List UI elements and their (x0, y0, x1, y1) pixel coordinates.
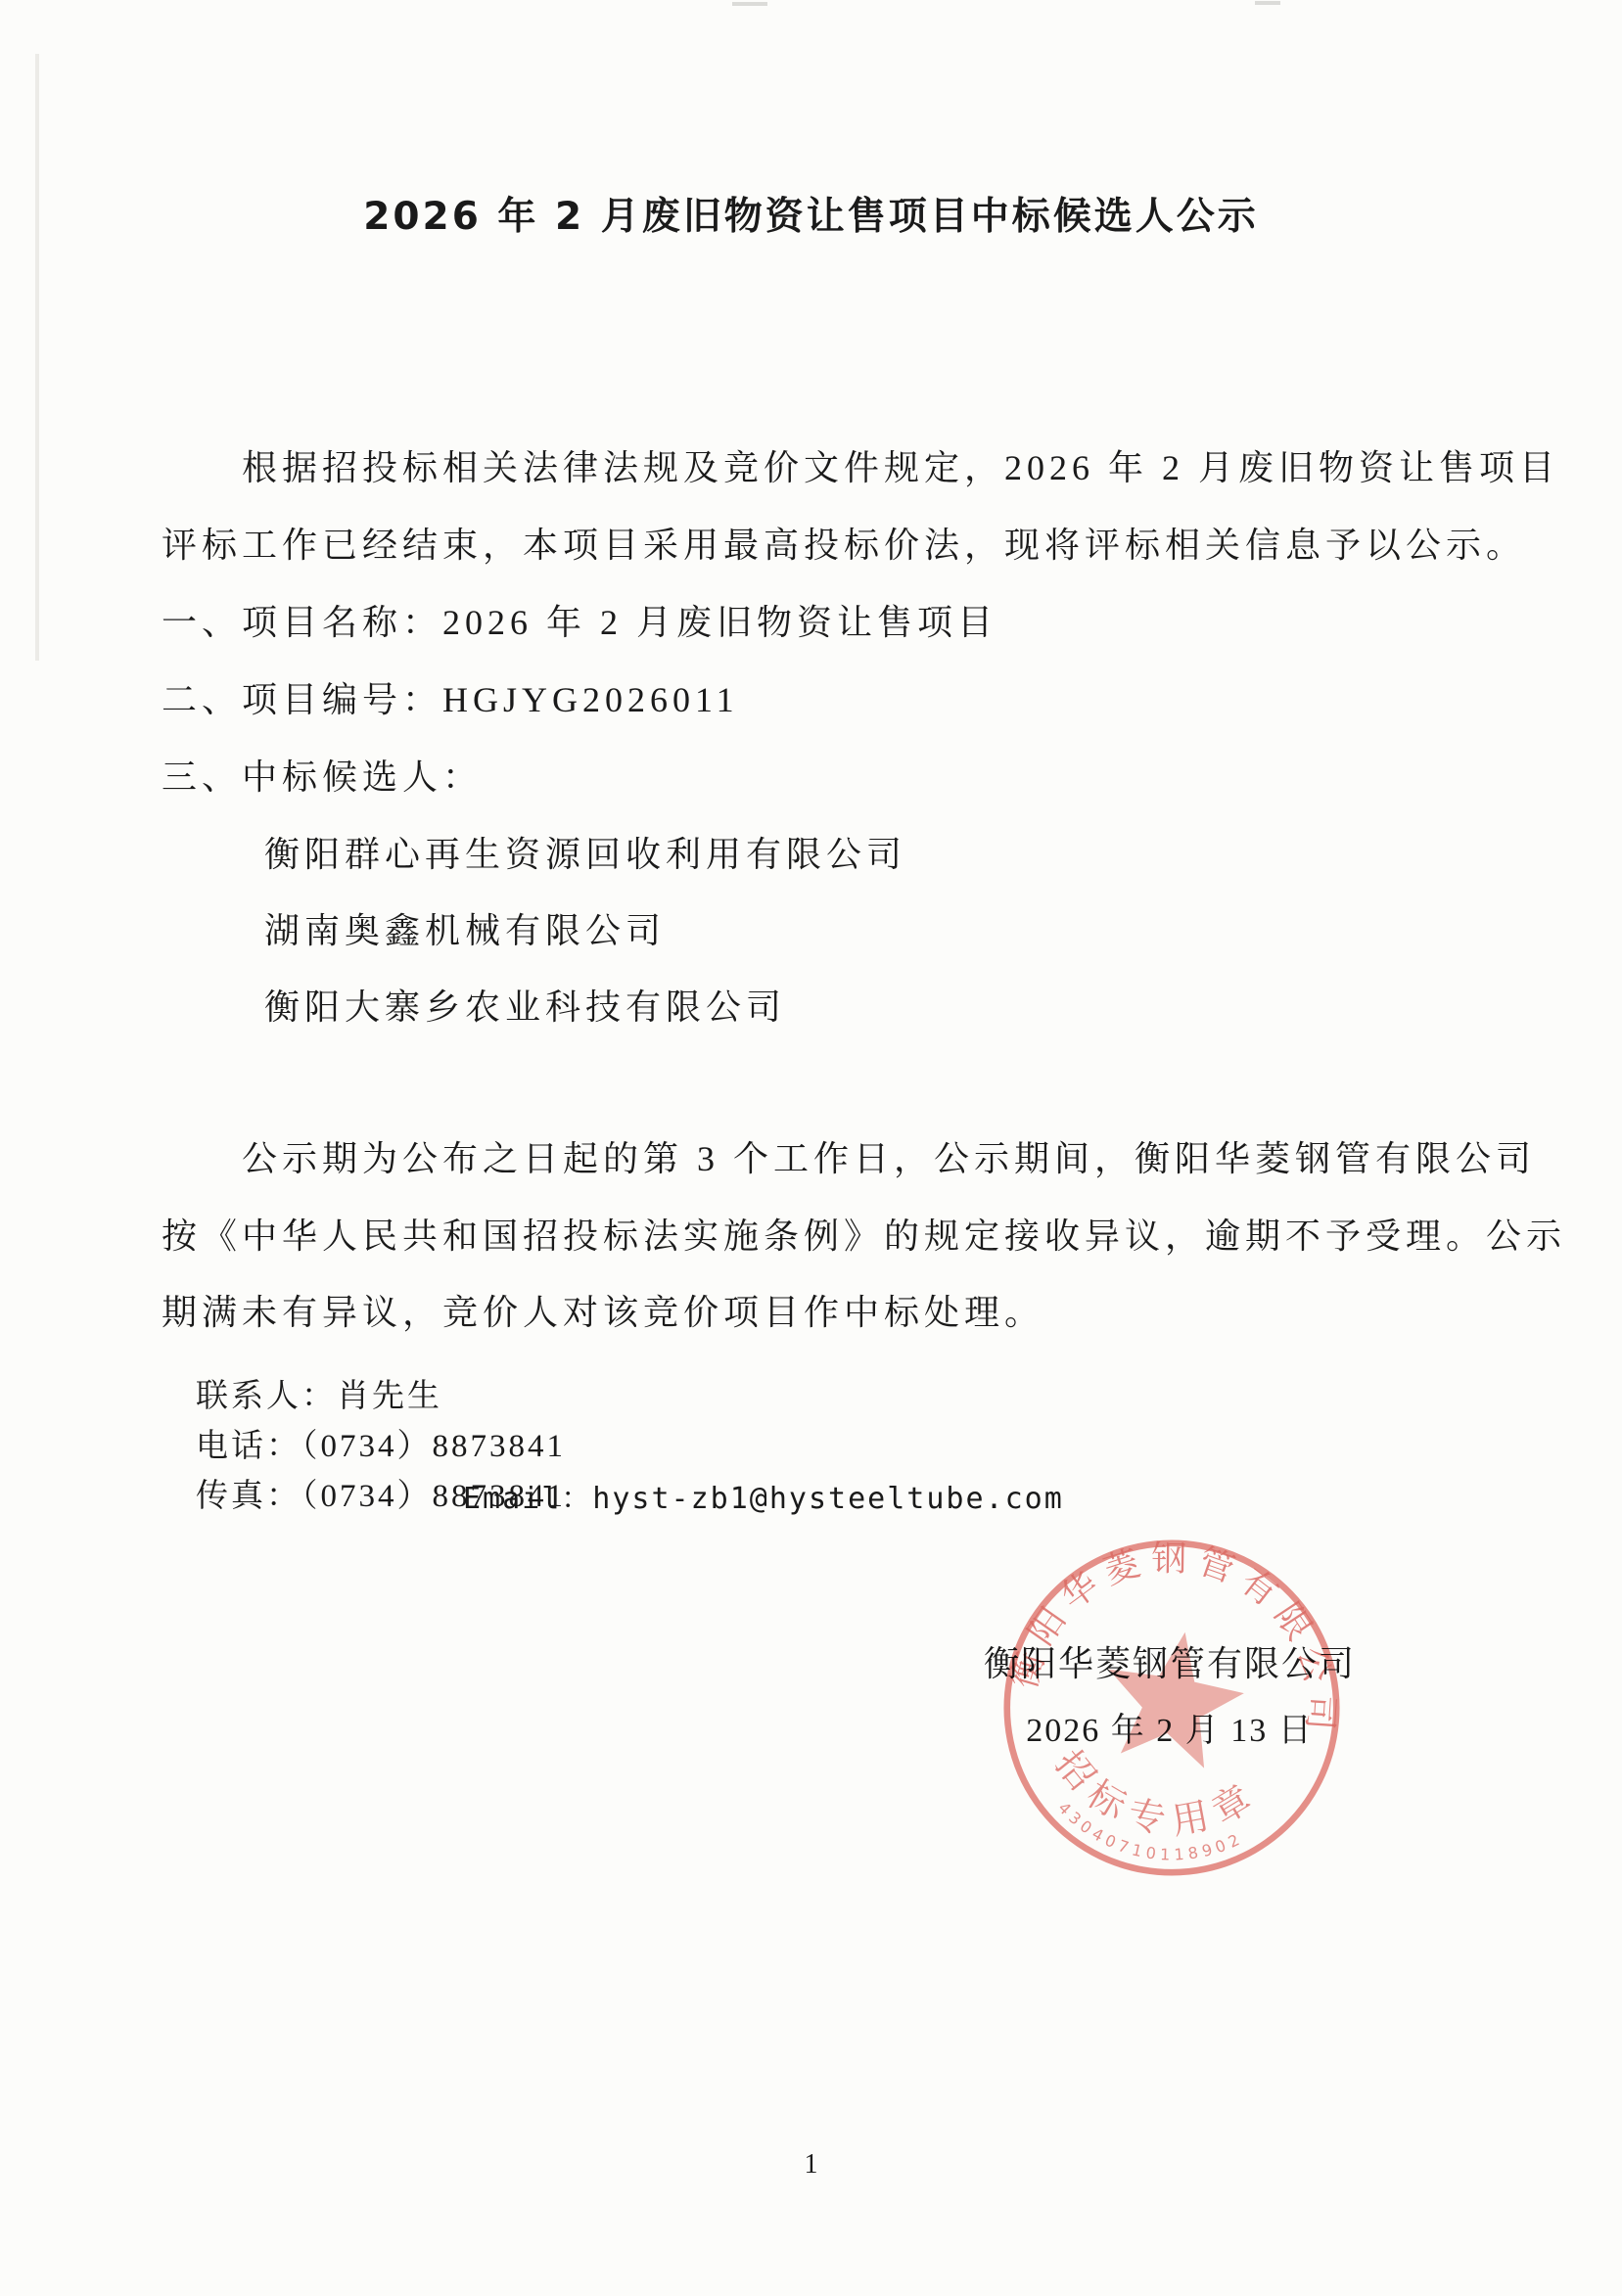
item-project-number: 二、项目编号：HGJYG2026011 (162, 672, 739, 722)
item-candidates-label: 三、中标候选人： (162, 750, 483, 800)
contact-email: Email：hyst-zb1@hysteeltube.com (463, 1474, 1064, 1517)
contact-phone: 电话：（0734）8873841 (196, 1420, 566, 1466)
notice-line-1: 公示期为公布之日起的第 3 个工作日，公示期间，衡阳华菱钢管有限公司 (242, 1131, 1536, 1181)
scan-speck (1255, 1, 1280, 5)
page-number: 1 (0, 2149, 1622, 2181)
contact-person: 联系人：肖先生 (196, 1370, 442, 1416)
scan-speck (732, 2, 767, 6)
intro-line-1: 根据招投标相关法律法规及竞价文件规定，2026 年 2 月废旧物资让售项目 (242, 440, 1559, 490)
candidate-company-1: 衡阳群心再生资源回收利用有限公司 (264, 827, 906, 877)
notice-line-3: 期满未有异议，竞价人对该竞价项目作中标处理。 (162, 1285, 1044, 1335)
candidate-company-2: 湖南奥鑫机械有限公司 (264, 903, 666, 953)
company-seal-stamp: 衡阳华菱钢管有限公司 招标专用章 43040710118902 (987, 1523, 1357, 1893)
document-title: 2026 年 2 月废旧物资让售项目中标候选人公示 (0, 186, 1622, 241)
scan-edge-artifact (35, 54, 39, 661)
notice-line-2: 按《中华人民共和国招投标法实施条例》的规定接收异议，逾期不予受理。公示 (162, 1209, 1566, 1259)
intro-line-2: 评标工作已经结束，本项目采用最高投标价法，现将评标相关信息予以公示。 (162, 518, 1526, 568)
candidate-company-3: 衡阳大寨乡农业科技有限公司 (264, 980, 786, 1030)
stamp-star (1094, 1621, 1252, 1773)
scanned-document-page: 2026 年 2 月废旧物资让售项目中标候选人公示 根据招投标相关法律法规及竞价… (0, 0, 1622, 2296)
item-project-name: 一、项目名称：2026 年 2 月废旧物资让售项目 (162, 595, 997, 645)
